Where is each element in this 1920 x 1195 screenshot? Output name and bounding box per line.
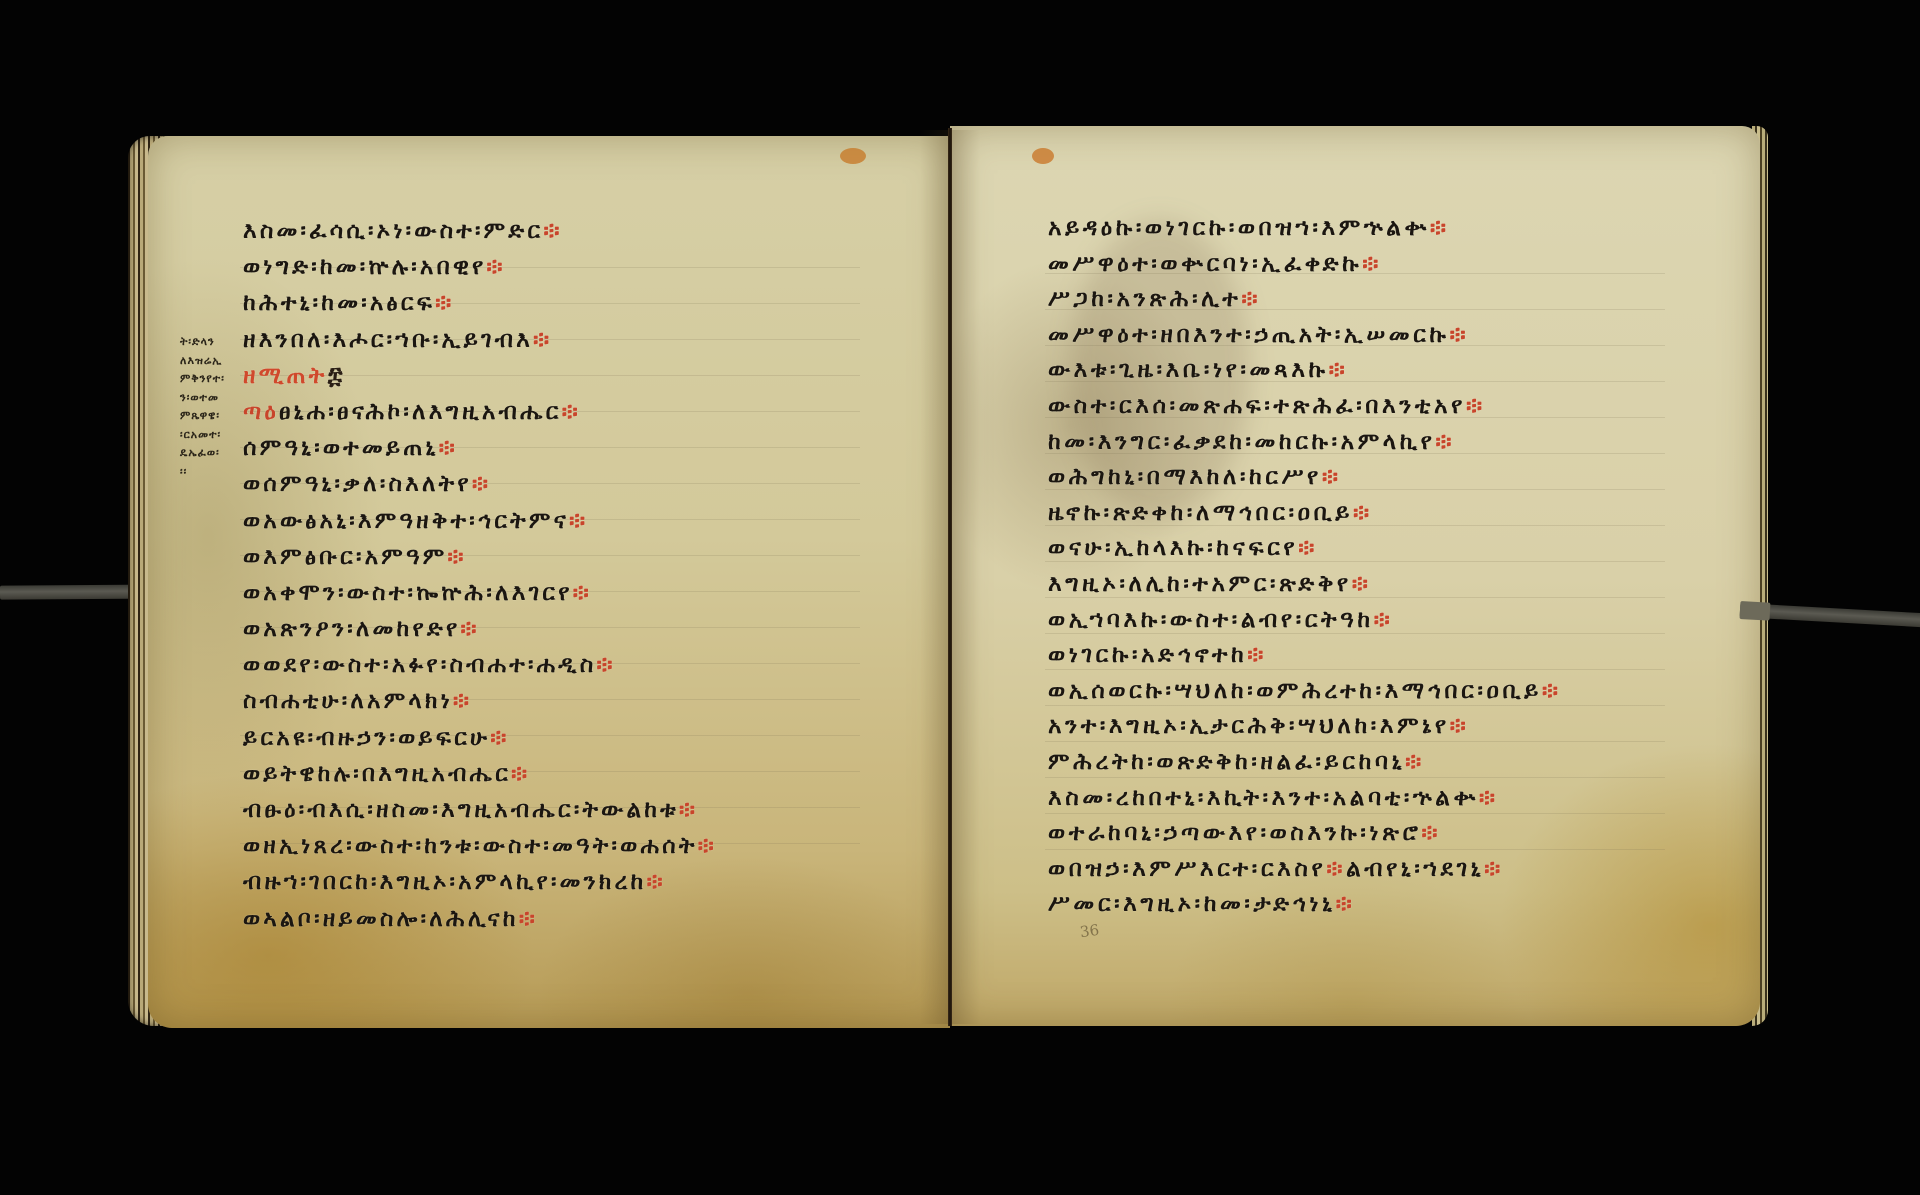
- red-verse-mark: ፨: [1362, 251, 1382, 277]
- text-line: ውስተ፡ርእሰ፡መጽሐፍ፡ተጽሕፈ፡በእንቲአየ፨: [1048, 388, 1562, 424]
- line-text: እስመ፡ፈሳሲ፡ኦነ፡ውስተ፡ምድር: [243, 218, 543, 244]
- red-verse-mark: ፨: [439, 435, 458, 461]
- line-text: ወኢኀባእኩ፡ውስተ፡ልብየ፡ርትዓከ: [1048, 607, 1374, 633]
- red-verse-mark: ፨: [1352, 571, 1372, 597]
- red-verse-mark: ፨: [573, 580, 592, 606]
- rubric-text: ዘሚጠት: [243, 363, 328, 389]
- line-text: ወናሁ፡ኢከላእኩ፡ከናፍርየ: [1048, 535, 1298, 561]
- line-text: ወወደየ፡ውስተ፡አፉየ፡ስብሐተ፡ሐዲስ: [243, 652, 596, 678]
- red-verse-mark: ፨: [543, 218, 562, 244]
- text-line: ወኣልቦ፡ዘይመስሎ፡ለሕሊናከ፨: [243, 901, 717, 937]
- red-verse-mark: ፨: [596, 652, 615, 678]
- text-line: ወኢሰወርኩ፡ሣህለከ፡ወምሕረተከ፡እማኅበር፡ዐቢይ፨: [1048, 673, 1562, 709]
- text-line: ወነግድ፡ከመ፡ኵሉ፡አበዊየ፨: [243, 249, 717, 285]
- red-verse-mark: ፨: [1479, 785, 1499, 811]
- red-verse-mark: ፨: [1247, 642, 1267, 668]
- red-verse-mark: ፨: [562, 399, 581, 425]
- red-verse-mark: ፨: [453, 688, 472, 714]
- text-line: ብፁዕ፡ብእሲ፡ዘስመ፡እግዚአብሔር፡ትውልከቱ፨: [243, 792, 717, 828]
- line-text: ልብየኒ፡ኀደገኒ: [1346, 856, 1484, 882]
- text-line: ስብሐቲሁ፡ለአምላክነ፨: [243, 683, 717, 719]
- red-verse-mark: ፨: [1466, 393, 1486, 419]
- red-verse-mark: ፨: [1450, 713, 1470, 739]
- text-line: አይዳዕኩ፡ወነገርኩ፡ወበዝኀ፡እምኍልቍ፨: [1048, 210, 1562, 246]
- text-line: ወአጽንዖን፡ለመከየድየ፨: [243, 611, 717, 647]
- margin-note-line: ፡፡: [180, 463, 250, 482]
- line-text: ወነግድ፡ከመ፡ኵሉ፡አበዊየ: [243, 254, 486, 280]
- spine-gutter: [948, 128, 952, 1026]
- wax-stain: [1032, 148, 1054, 164]
- margin-note-line: ምቅንየተ፡: [180, 370, 250, 389]
- line-text: አይዳዕኩ፡ወነገርኩ፡ወበዝኀ፡እምኍልቍ: [1048, 215, 1430, 241]
- rubric-heading: ዘሚጠት፰: [243, 358, 717, 394]
- line-text: ከመ፡እንግር፡ፈቃደከ፡መከርኩ፡አምላኪየ: [1048, 429, 1435, 455]
- line-text: እስመ፡ረከበተኒ፡እኪት፡እንተ፡አልባቲ፡ኍልቍ: [1048, 785, 1479, 811]
- line-text: እግዚኦ፡ለሊከ፡ተአምር፡ጽድቅየ: [1048, 571, 1352, 597]
- margin-note-line: ምጼዋዌ፡: [180, 407, 250, 426]
- line-text: ከሕተኒ፡ከመ፡አፅርፍ: [243, 290, 435, 316]
- left-page-text: እስመ፡ፈሳሲ፡ኦነ፡ውስተ፡ምድር፨ ወነግድ፡ከመ፡ኵሉ፡አበዊየ፨ ከሕተ…: [243, 213, 717, 937]
- red-verse-mark: ፨: [1421, 820, 1441, 846]
- open-manuscript: ት፡ድላን ለእዝሬኢ ምቅንየተ፡ ን፡ወተመ ምጼዋዌ፡ ፡ርአመተ፡ ዴኤ…: [0, 0, 1920, 1195]
- text-line: ወኢኀባእኩ፡ውስተ፡ልብየ፡ርትዓከ፨: [1048, 602, 1562, 638]
- line-text: ሥመር፡እግዚኦ፡ከመ፡ታድኅነኒ: [1048, 891, 1336, 917]
- line-text: ወሕግከኒ፡በማእከለ፡ከርሥየ: [1048, 464, 1322, 490]
- red-verse-mark: ፨: [1322, 464, 1342, 490]
- red-verse-mark: ፨: [646, 869, 665, 895]
- text-line: ወበዝኃ፡እምሥእርተ፡ርእስየ፨ልብየኒ፡ኀደገኒ፨: [1048, 851, 1562, 887]
- line-text: ወሰምዓኒ፡ቃለ፡ስእለትየ: [243, 471, 472, 497]
- text-line: እግዚኦ፡ለሊከ፡ተአምር፡ጽድቅየ፨: [1048, 566, 1562, 602]
- red-verse-mark: ፨: [1450, 322, 1470, 348]
- line-text: ብፁዕ፡ብእሲ፡ዘስመ፡እግዚአብሔር፡ትውልከቱ: [243, 797, 679, 823]
- line-text: ብዙኀ፡ገበርከ፡እግዚኦ፡አምላኪየ፡መንክረከ: [243, 869, 646, 895]
- line-text: ይርአዩ፡ብዙኃን፡ወይፍርሁ: [243, 725, 490, 751]
- text-line: አንተ፡እግዚኦ፡ኢታርሕቅ፡ሣህለከ፡እምኔየ፨: [1048, 708, 1562, 744]
- margin-note-line: ን፡ወተመ: [180, 389, 250, 408]
- red-verse-mark: ፨: [472, 471, 491, 497]
- text-line: መሥዋዕተ፡ወቍርባነ፡ኢፈቀድኩ፨: [1048, 246, 1562, 282]
- line-text: ወነገርኩ፡አድኅኖተከ: [1048, 642, 1247, 668]
- red-verse-mark: ፨: [1542, 678, 1562, 704]
- text-line: ሰምዓኒ፡ወተመይጠኒ፨: [243, 430, 717, 466]
- text-line: እስመ፡ፈሳሲ፡ኦነ፡ውስተ፡ምድር፨: [243, 213, 717, 249]
- red-verse-mark: ፨: [519, 906, 538, 932]
- line-text: ወአቀሞን፡ውስተ፡ኰኵሕ፡ለእገርየ: [243, 580, 573, 606]
- text-line: ወሰምዓኒ፡ቃለ፡ስእለትየ፨: [243, 466, 717, 502]
- line-text: ወኢሰወርኩ፡ሣህለከ፡ወምሕረተከ፡እማኅበር፡ዐቢይ: [1048, 678, 1542, 704]
- line-text: ፀኒሐ፡ፀናሕኮ፡ለእግዚአብሔር: [279, 399, 562, 425]
- red-incipit: ጣዕ: [243, 399, 279, 425]
- text-line: ምሕረትከ፡ወጽድቅከ፡ዘልፈ፡ይርከባኒ፨: [1048, 744, 1562, 780]
- line-text: ሰምዓኒ፡ወተመይጠኒ: [243, 435, 439, 461]
- line-text: አንተ፡እግዚኦ፡ኢታርሕቅ፡ሣህለከ፡እምኔየ: [1048, 713, 1450, 739]
- line-text: ምሕረትከ፡ወጽድቅከ፡ዘልፈ፡ይርከባኒ: [1048, 749, 1405, 775]
- section-number: ፰: [328, 363, 346, 389]
- line-text: መሥዋዕተ፡ወቍርባነ፡ኢፈቀድኩ: [1048, 251, 1362, 277]
- text-line: ብዙኀ፡ገበርከ፡እግዚኦ፡አምላኪየ፡መንክረከ፨: [243, 864, 717, 900]
- red-verse-mark: ፨: [447, 544, 466, 570]
- text-line: ወተራከባኒ፡ኃጣውእየ፡ወስእንኩ፡ነጽሮ፨: [1048, 815, 1562, 851]
- text-line: ዘእንበለ፡እሖር፡ኀቡ፡ኢይገብእ፨: [243, 322, 717, 358]
- red-verse-mark: ፨: [1374, 607, 1394, 633]
- text-line: ወወደየ፡ውስተ፡አፉየ፡ስብሐተ፡ሐዲስ፨: [243, 647, 717, 683]
- text-line: ሥመር፡እግዚኦ፡ከመ፡ታድኅነኒ፨: [1048, 886, 1562, 922]
- text-line: ሥጋከ፡አንጽሕ፡ሊተ፨: [1048, 281, 1562, 317]
- text-line: ወዘኢነጸረ፡ውስተ፡ከንቱ፡ውስተ፡መዓት፡ወሐሰት፨: [243, 828, 717, 864]
- line-text: ወበዝኃ፡እምሥእርተ፡ርእስየ: [1048, 856, 1326, 882]
- line-text: ወእምፅቡር፡አምዓም: [243, 544, 447, 570]
- red-verse-mark: ፨: [460, 616, 479, 642]
- red-verse-mark: ፨: [1405, 749, 1425, 775]
- margin-note-line: ዴኤፈወ፡: [180, 444, 250, 463]
- red-verse-mark: ፨: [490, 725, 509, 751]
- line-text: ውስተ፡ርእሰ፡መጽሐፍ፡ተጽሕፈ፡በእንቲአየ: [1048, 393, 1466, 419]
- text-line: ወነገርኩ፡አድኅኖተከ፨: [1048, 637, 1562, 673]
- line-text: መሥዋዕተ፡ዘበእንተ፡ኃጢአት፡ኢሠመርኩ: [1048, 322, 1450, 348]
- red-verse-mark: ፨: [569, 508, 588, 534]
- line-text: ወተራከባኒ፡ኃጣውእየ፡ወስእንኩ፡ነጽሮ: [1048, 820, 1421, 846]
- red-verse-mark: ፨: [486, 254, 505, 280]
- text-line: ዜኖኩ፡ጽድቀከ፡ለማኅበር፡ዐቢይ፨: [1048, 495, 1562, 531]
- margin-note-line: ለእዝሬኢ: [180, 352, 250, 371]
- red-verse-mark: ፨: [698, 833, 717, 859]
- red-verse-mark: ፨: [533, 327, 552, 353]
- text-line: እስመ፡ረከበተኒ፡እኪት፡እንተ፡አልባቲ፡ኍልቍ፨: [1048, 780, 1562, 816]
- red-verse-mark: ፨: [1435, 429, 1455, 455]
- red-verse-mark: ፨: [1298, 535, 1318, 561]
- margin-note-line: ት፡ድላን: [180, 333, 250, 352]
- text-line: ውእቱ፡ጊዜ፡እቤ፡ነየ፡መጻእኩ፨: [1048, 352, 1562, 388]
- line-text: ስብሐቲሁ፡ለአምላክነ: [243, 688, 453, 714]
- line-text: ዜኖኩ፡ጽድቀከ፡ለማኅበር፡ዐቢይ: [1048, 500, 1353, 526]
- text-line: ጣዕፀኒሐ፡ፀናሕኮ፡ለእግዚአብሔር፨: [243, 394, 717, 430]
- red-verse-mark: ፨: [1326, 856, 1346, 882]
- margin-note-line: ፡ርአመተ፡: [180, 426, 250, 445]
- text-line: ወአቀሞን፡ውስተ፡ኰኵሕ፡ለእገርየ፨: [243, 575, 717, 611]
- line-text: ወአጽንዖን፡ለመከየድየ: [243, 616, 460, 642]
- line-text: ወዘኢነጸረ፡ውስተ፡ከንቱ፡ውስተ፡መዓት፡ወሐሰት: [243, 833, 698, 859]
- text-line: መሥዋዕተ፡ዘበእንተ፡ኃጢአት፡ኢሠመርኩ፨: [1048, 317, 1562, 353]
- text-line: ወይትዌከሉ፡በእግዚአብሔር፨: [243, 756, 717, 792]
- text-line: ወአውፅአኒ፡እምዓዘቅተ፡ኅርትምና፨: [243, 503, 717, 539]
- wax-stain: [840, 148, 866, 164]
- text-line: ከመ፡እንግር፡ፈቃደከ፡መከርኩ፡አምላኪየ፨: [1048, 424, 1562, 460]
- red-verse-mark: ፨: [679, 797, 698, 823]
- red-verse-mark: ፨: [1336, 891, 1356, 917]
- text-line: ይርአዩ፡ብዙኃን፡ወይፍርሁ፨: [243, 720, 717, 756]
- red-verse-mark: ፨: [1353, 500, 1373, 526]
- text-line: ወናሁ፡ኢከላእኩ፡ከናፍርየ፨: [1048, 530, 1562, 566]
- text-line: ወእምፅቡር፡አምዓም፨: [243, 539, 717, 575]
- line-text: ወአውፅአኒ፡እምዓዘቅተ፡ኅርትምና: [243, 508, 569, 534]
- red-verse-mark: ፨: [435, 290, 454, 316]
- red-verse-mark: ፨: [1329, 357, 1349, 383]
- folio-number: 36: [1079, 921, 1100, 941]
- right-page-text: አይዳዕኩ፡ወነገርኩ፡ወበዝኀ፡እምኍልቍ፨ መሥዋዕተ፡ወቍርባነ፡ኢፈቀድ…: [1048, 210, 1562, 922]
- marginal-note: ት፡ድላን ለእዝሬኢ ምቅንየተ፡ ን፡ወተመ ምጼዋዌ፡ ፡ርአመተ፡ ዴኤ…: [180, 333, 250, 481]
- red-verse-mark: ፨: [1484, 856, 1504, 882]
- line-text: ሥጋከ፡አንጽሕ፡ሊተ: [1048, 286, 1241, 312]
- line-text: ወኣልቦ፡ዘይመስሎ፡ለሕሊናከ: [243, 906, 519, 932]
- line-text: ውእቱ፡ጊዜ፡እቤ፡ነየ፡መጻእኩ: [1048, 357, 1329, 383]
- text-line: ከሕተኒ፡ከመ፡አፅርፍ፨: [243, 285, 717, 321]
- line-text: ዘእንበለ፡እሖር፡ኀቡ፡ኢይገብእ: [243, 327, 533, 353]
- red-verse-mark: ፨: [1241, 286, 1261, 312]
- text-line: ወሕግከኒ፡በማእከለ፡ከርሥየ፨: [1048, 459, 1562, 495]
- red-verse-mark: ፨: [511, 761, 530, 787]
- red-verse-mark: ፨: [1430, 215, 1450, 241]
- line-text: ወይትዌከሉ፡በእግዚአብሔር: [243, 761, 511, 787]
